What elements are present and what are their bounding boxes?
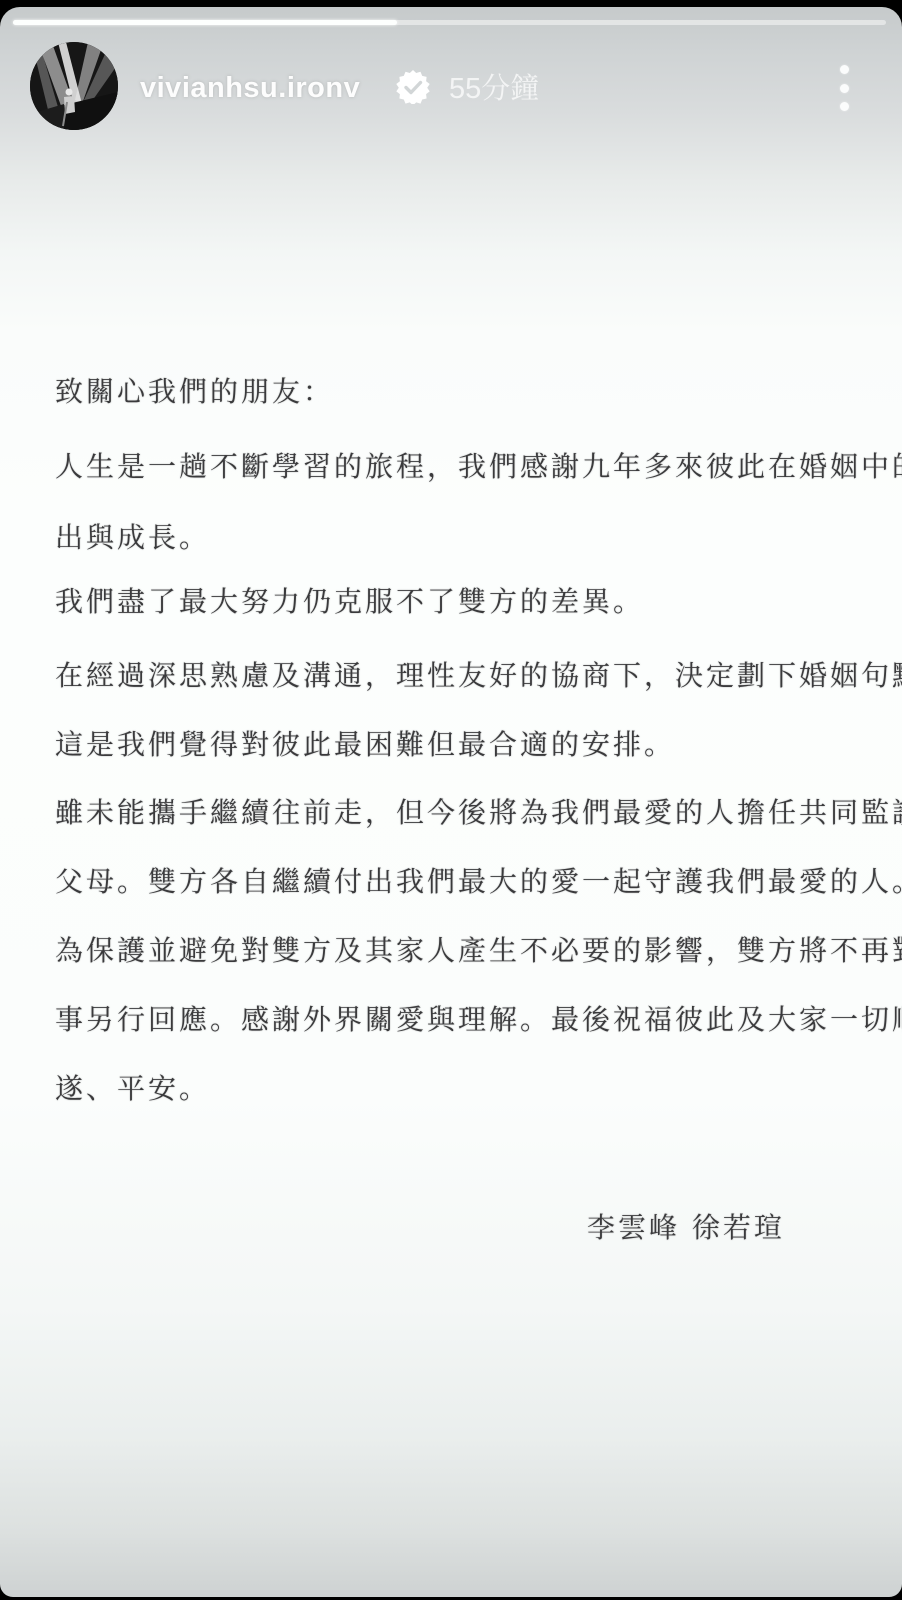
ellipsis-dot xyxy=(840,65,849,74)
letter-line: 人生是一趟不斷學習的旅程，我們感謝九年多來彼此在婚姻中的付 xyxy=(55,445,902,485)
username[interactable]: vivianhsu.ironv xyxy=(140,70,360,106)
letter-line: 在經過深思熟慮及溝通，理性友好的協商下，決定劃下婚姻句點。 xyxy=(55,654,902,694)
avatar[interactable] xyxy=(30,42,118,130)
letter-line: 雖未能攜手繼續往前走，但今後將為我們最愛的人擔任共同監護的 xyxy=(55,791,902,831)
letter-line: 這是我們覺得對彼此最困難但最合適的安排。 xyxy=(55,723,675,763)
more-options-button[interactable] xyxy=(838,65,850,111)
letter-line: 遂、平安。 xyxy=(55,1067,210,1107)
letter-line: 我們盡了最大努力仍克服不了雙方的差異。 xyxy=(55,580,644,620)
letter-salutation: 致關心我們的朋友： xyxy=(55,370,334,410)
story-timestamp: 55分鐘 xyxy=(449,71,539,107)
ellipsis-dot xyxy=(840,102,849,111)
story-progress-bar xyxy=(13,20,886,25)
ellipsis-dot xyxy=(840,84,849,93)
letter-line: 事另行回應。感謝外界關愛與理解。最後祝福彼此及大家一切順 xyxy=(55,998,902,1038)
letter-line: 父母。雙方各自繼續付出我們最大的愛一起守護我們最愛的人。 xyxy=(55,860,902,900)
story-progress-fill xyxy=(13,20,397,25)
story-card[interactable]: vivianhsu.ironv 55分鐘 致關心我們的朋友： 人生是一趟不斷學習… xyxy=(0,7,902,1597)
letter-line: 出與成長。 xyxy=(55,516,210,556)
avatar-photo-icon xyxy=(30,42,118,130)
letter-line: 為保護並避免對雙方及其家人產生不必要的影響，雙方將不再對此 xyxy=(55,929,902,969)
letter-signature: 李雲峰 徐若瑄 xyxy=(587,1206,785,1246)
story-viewer: vivianhsu.ironv 55分鐘 致關心我們的朋友： 人生是一趟不斷學習… xyxy=(0,0,902,1600)
verified-badge-icon xyxy=(396,70,430,104)
